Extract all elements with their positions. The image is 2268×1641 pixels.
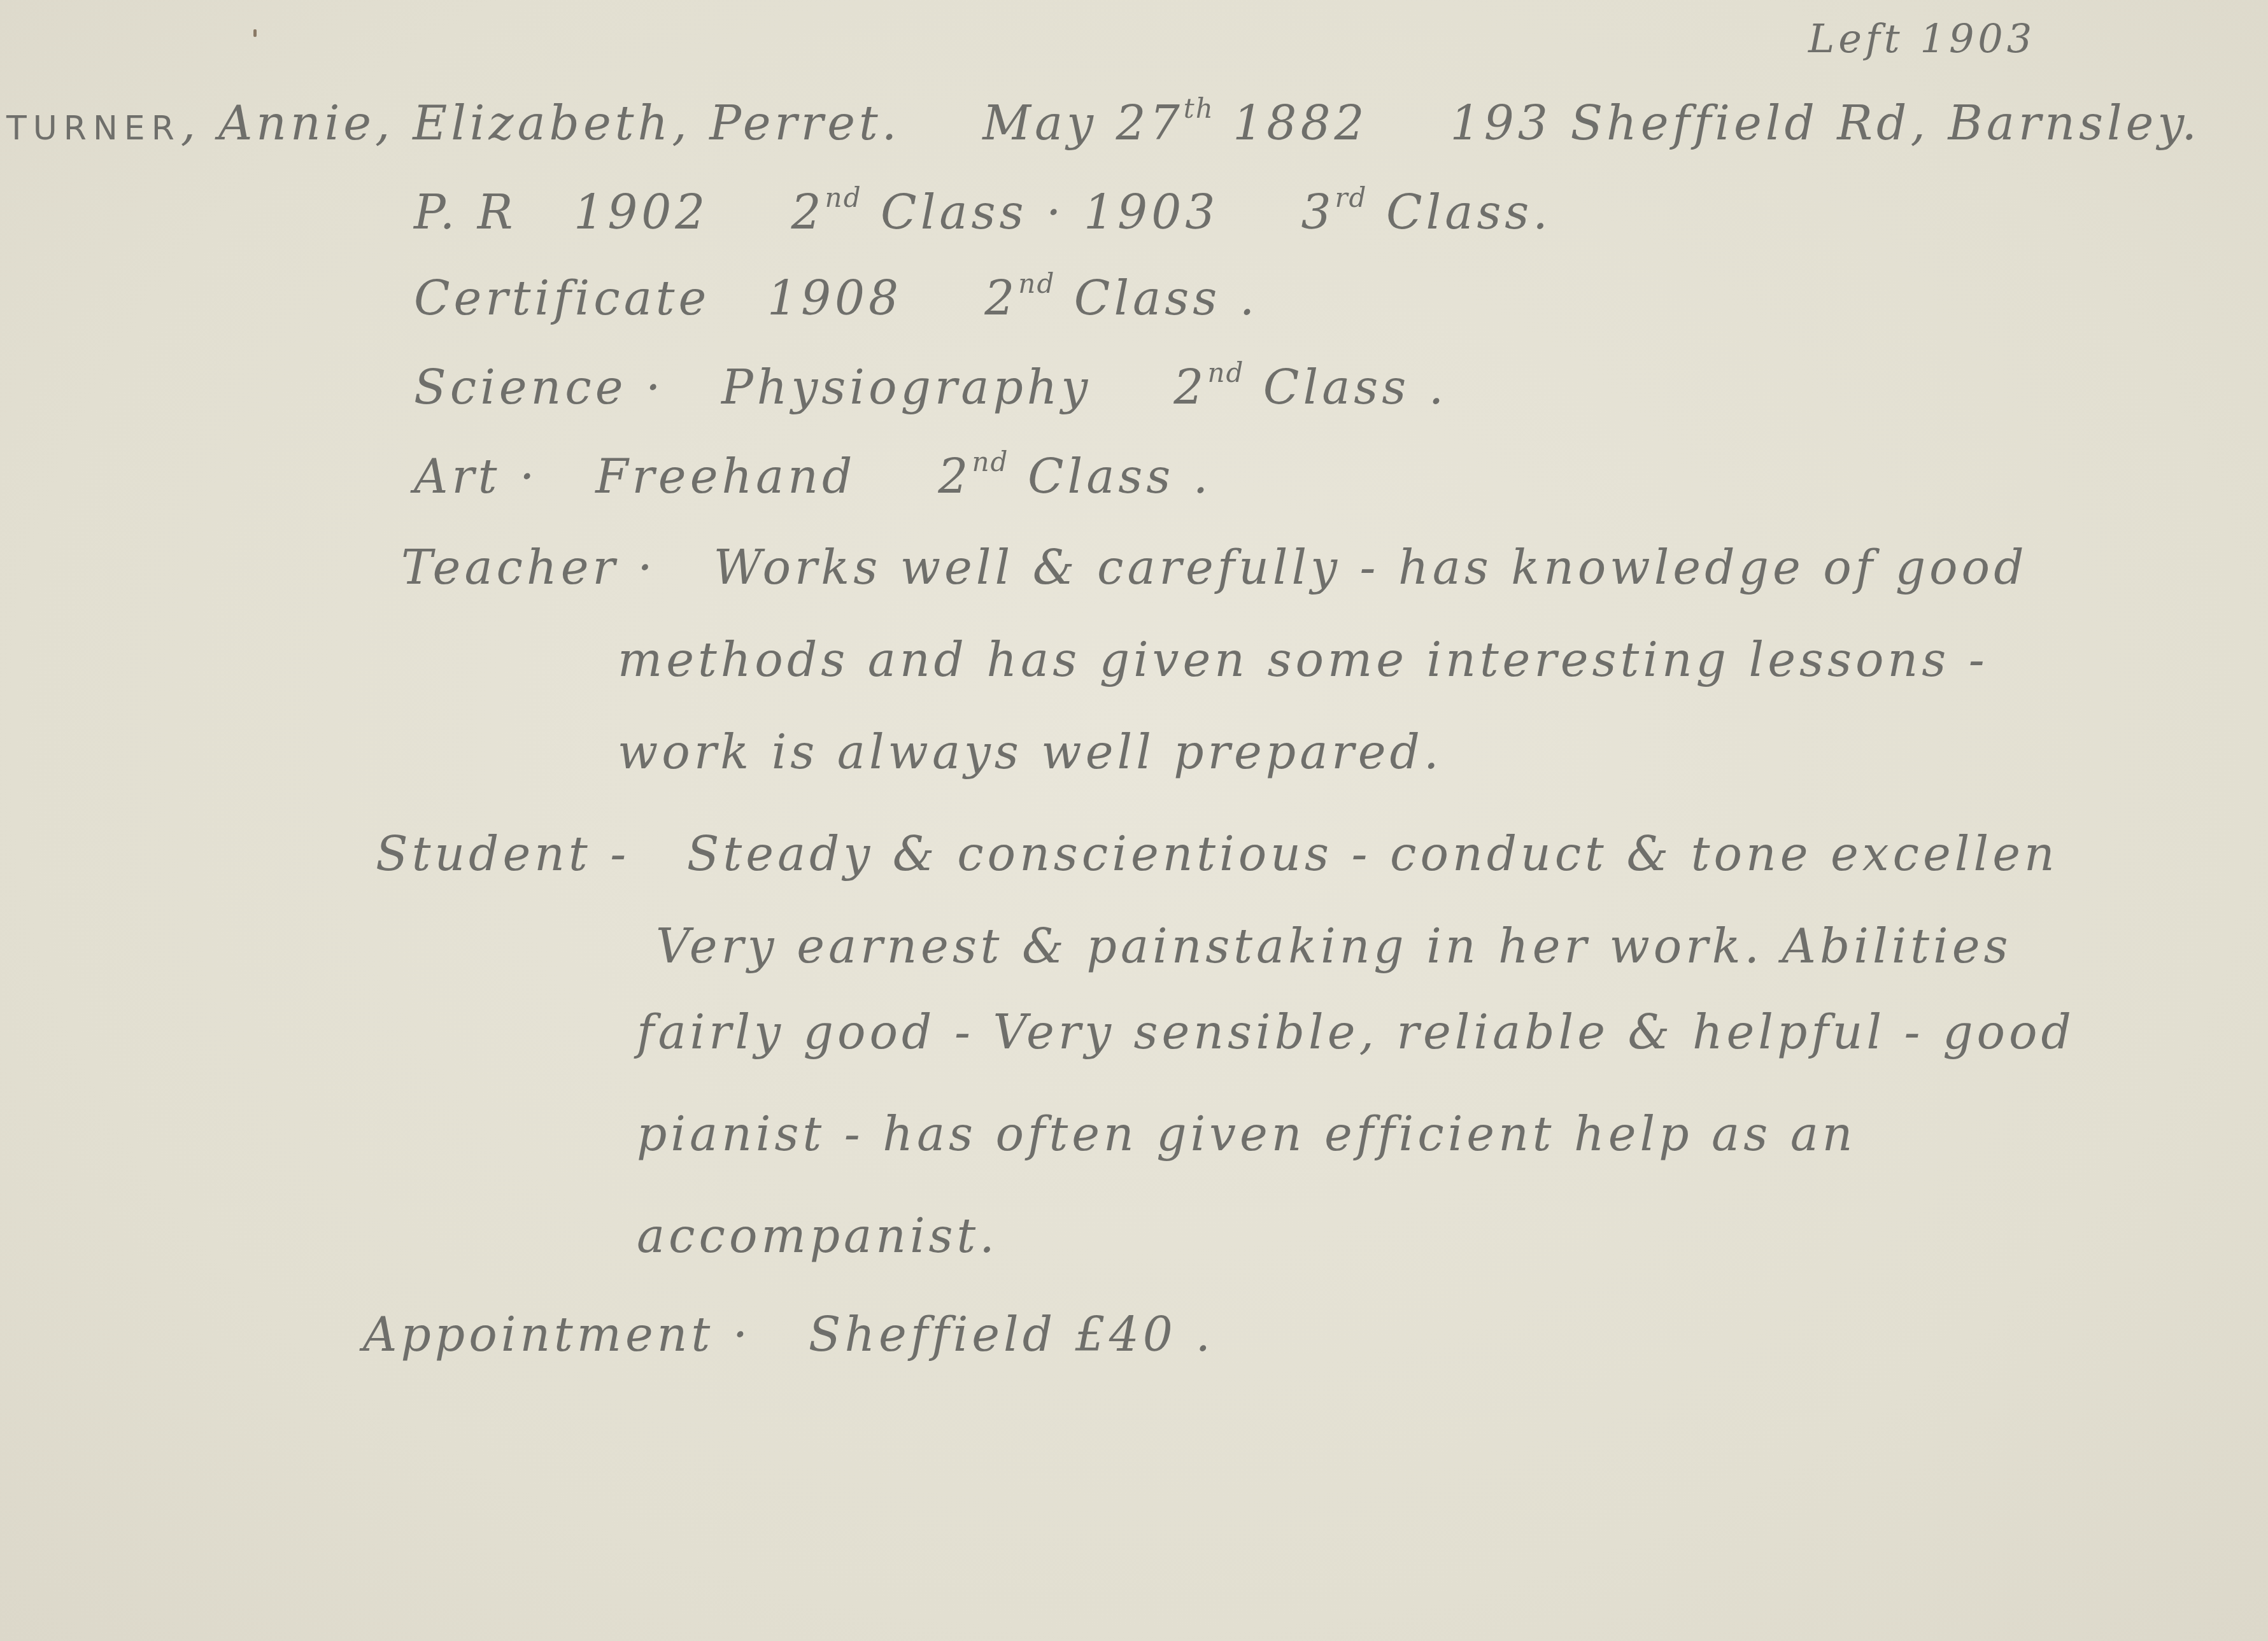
birth-year: 1882 [1233, 96, 1368, 151]
class-2-word: Class. [1386, 185, 1552, 240]
certificate-label: Certificate [414, 271, 710, 326]
art-class-suffix: nd [972, 446, 1009, 477]
class-1-word: Class [881, 185, 1027, 240]
pupil-teacher-row: P. R 1902 2nd Class · 1903 3rd Class. [414, 185, 1552, 236]
class-2-suffix: rd [1335, 182, 1367, 213]
student-remark-line: Very earnest & painstaking in her work. … [656, 923, 2012, 970]
science-class-number: 2 [1173, 360, 1207, 415]
surname: TURNER [6, 109, 181, 148]
student-label: Student - [376, 827, 630, 882]
pupil-teacher-year-2: 1903 [1084, 185, 1219, 240]
paper-speck [253, 29, 257, 37]
appointment-label: Appointment · [363, 1307, 751, 1362]
separator: · [1046, 185, 1065, 240]
teacher-label: Teacher · [401, 540, 656, 595]
header-line: TURNER, Annie, Elizabeth, Perret. May 27… [6, 95, 2201, 147]
left-note: Left 1903 [1808, 19, 2036, 59]
teacher-row: Teacher · Works well & carefully - has k… [401, 544, 2028, 591]
pupil-teacher-label: P. R [414, 185, 517, 240]
science-class-suffix: nd [1207, 357, 1244, 388]
student-remark-line: accompanist. [637, 1213, 998, 1260]
science-class-word: Class . [1263, 360, 1447, 415]
teacher-remark-line: Works well & carefully - has knowledge o… [713, 540, 2027, 595]
document-page: Left 1903 TURNER, Annie, Elizabeth, Perr… [0, 0, 2268, 1641]
certificate-year: 1908 [767, 271, 902, 326]
certificate-class-number: 2 [984, 271, 1018, 326]
certificate-class-suffix: nd [1018, 268, 1055, 299]
art-class-number: 2 [938, 449, 972, 504]
art-class-word: Class . [1028, 449, 1212, 504]
given-names: Annie, Elizabeth, Perret. [218, 96, 900, 151]
class-1-number: 2 [791, 185, 825, 240]
class-2-number: 3 [1301, 185, 1335, 240]
student-remark-line: fairly good - Very sensible, reliable & … [637, 1009, 2075, 1056]
address: 193 Sheffield Rd, Barnsley. [1450, 96, 2201, 151]
student-row: Student - Steady & conscientious - condu… [376, 831, 2059, 878]
teacher-remark-line: work is always well prepared. [618, 729, 1442, 776]
science-label: Science · [414, 360, 665, 415]
certificate-row: Certificate 1908 2nd Class . [414, 271, 1258, 322]
art-label: Art · [414, 449, 539, 504]
birth-day: 27 [1116, 96, 1184, 151]
student-remark-line: Steady & conscientious - conduct & tone … [687, 827, 2059, 882]
art-row: Art · Freehand 2nd Class . [414, 449, 1212, 500]
science-row: Science · Physiography 2nd Class . [414, 360, 1447, 411]
birth-month: May [982, 96, 1097, 151]
art-subject: Freehand [595, 449, 856, 504]
class-1-suffix: nd [825, 182, 862, 213]
certificate-class-word: Class . [1074, 271, 1258, 326]
pupil-teacher-year-1: 1902 [574, 185, 709, 240]
teacher-remark-line: methods and has given some interesting l… [618, 637, 1988, 684]
science-subject: Physiography [721, 360, 1091, 415]
student-remark-line: pianist - has often given efficient help… [637, 1111, 1856, 1158]
appointment-row: Appointment · Sheffield £40 . [363, 1311, 1214, 1358]
birth-day-suffix: th [1184, 93, 1214, 124]
appointment-value: Sheffield £40 . [809, 1307, 1214, 1362]
